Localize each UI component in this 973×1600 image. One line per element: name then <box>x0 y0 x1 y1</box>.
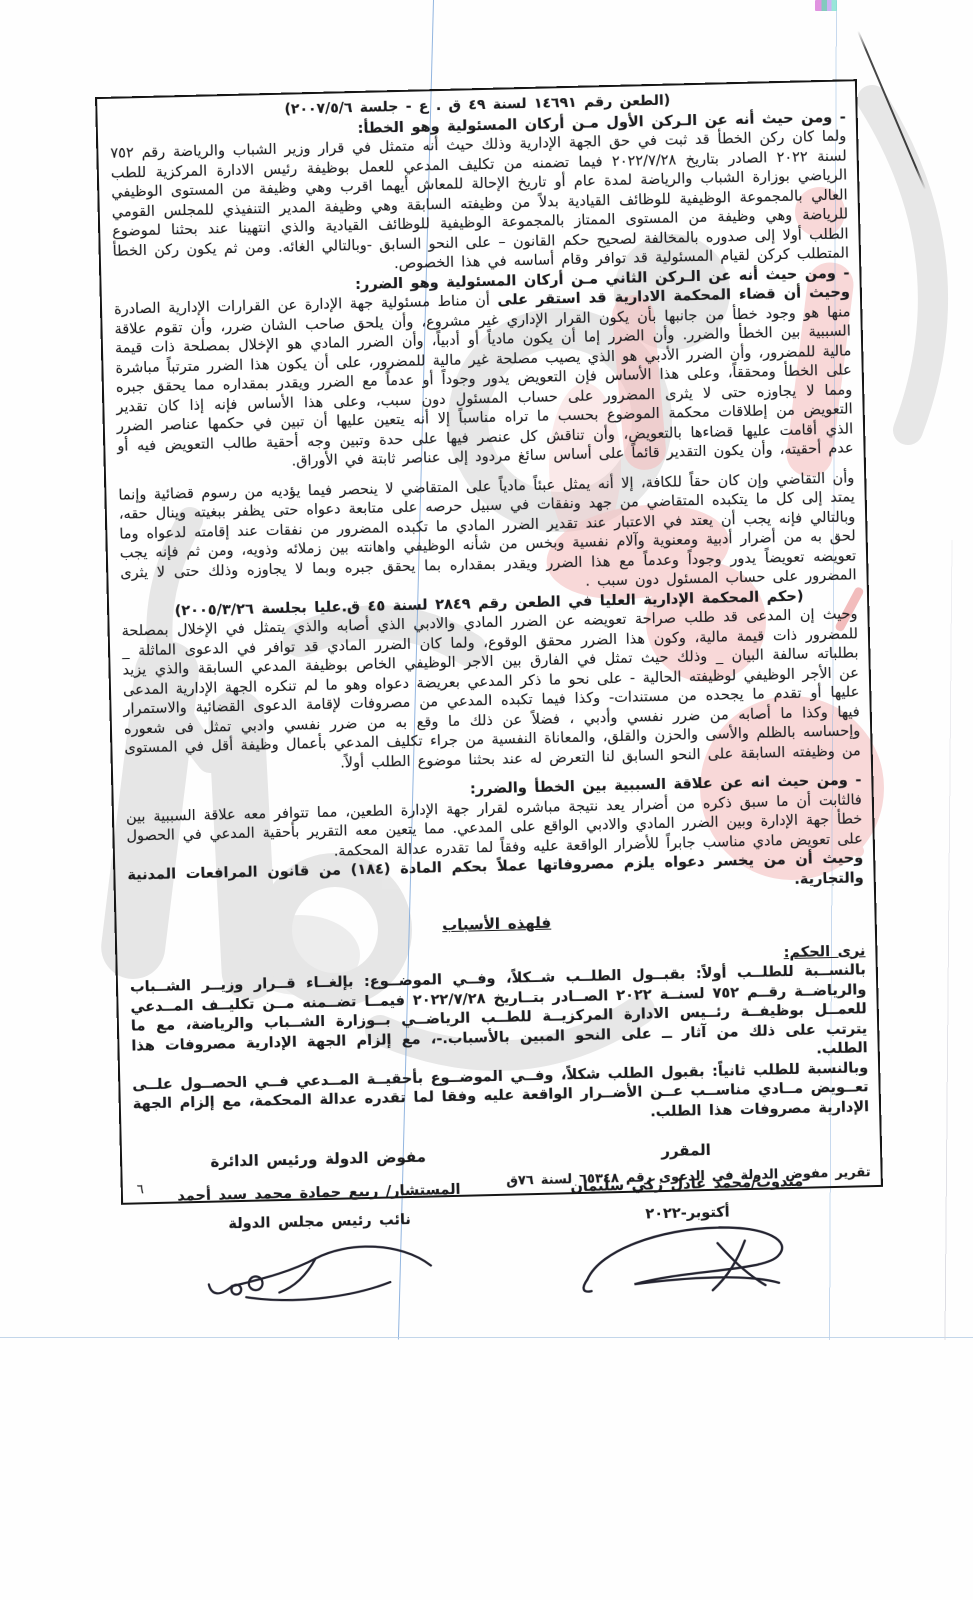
paragraph: فلهذه الأسباب <box>129 906 865 943</box>
scanner-color-chip <box>815 0 837 11</box>
paper-right-edge <box>945 540 953 1340</box>
rapporteur-handwritten-signature <box>570 1215 808 1307</box>
corner-pen-mark <box>857 31 926 190</box>
paragraph: وحيث إن المدعى قد طلب صراحة تعويضه عن ال… <box>121 605 860 778</box>
document-body: - ومن حيث أنه عن الـركن الأول مـن أركان … <box>110 108 870 1135</box>
paragraph: وحيث أن قضاء المحكمة الادارية قد استقر ع… <box>114 283 854 476</box>
footer-page-number: ٦ <box>131 1180 144 1200</box>
document-frame: (الطعن رقم ١٤٦٩١ لسنة ٤٩ ق . ع - جلسة ٢٠… <box>95 79 883 1205</box>
paper-bottom-edge <box>0 1337 973 1338</box>
rapporteur-signature-column: المقرر مندوب/محمد عادل زكي سليمان أكتوبر… <box>524 1138 852 1308</box>
signature-block: المقرر مندوب/محمد عادل زكي سليمان أكتوبر… <box>134 1137 874 1317</box>
paragraph: ولما كان ركن الخطأ قد ثبت في حق الجهة ال… <box>110 127 849 281</box>
commissioner-signature-column: مفوض الدولة ورئيس الدائرة المستشار/ ربيع… <box>156 1146 484 1316</box>
paragraph: وأن التقاضي وإن كان حقاً للكافة، إلا أنه… <box>118 469 857 603</box>
commissioner-title: مفوض الدولة ورئيس الدائرة <box>156 1146 480 1173</box>
commissioner-handwritten-signature <box>198 1224 444 1310</box>
paragraph: بالنســبة للطلــب أولاً: بقبــول الطلــب… <box>130 961 868 1076</box>
rapporteur-title: المقرر <box>524 1138 848 1165</box>
scanned-document-page: (الطعن رقم ١٤٦٩١ لسنة ٤٩ ق . ع - جلسة ٢٠… <box>0 0 973 1600</box>
